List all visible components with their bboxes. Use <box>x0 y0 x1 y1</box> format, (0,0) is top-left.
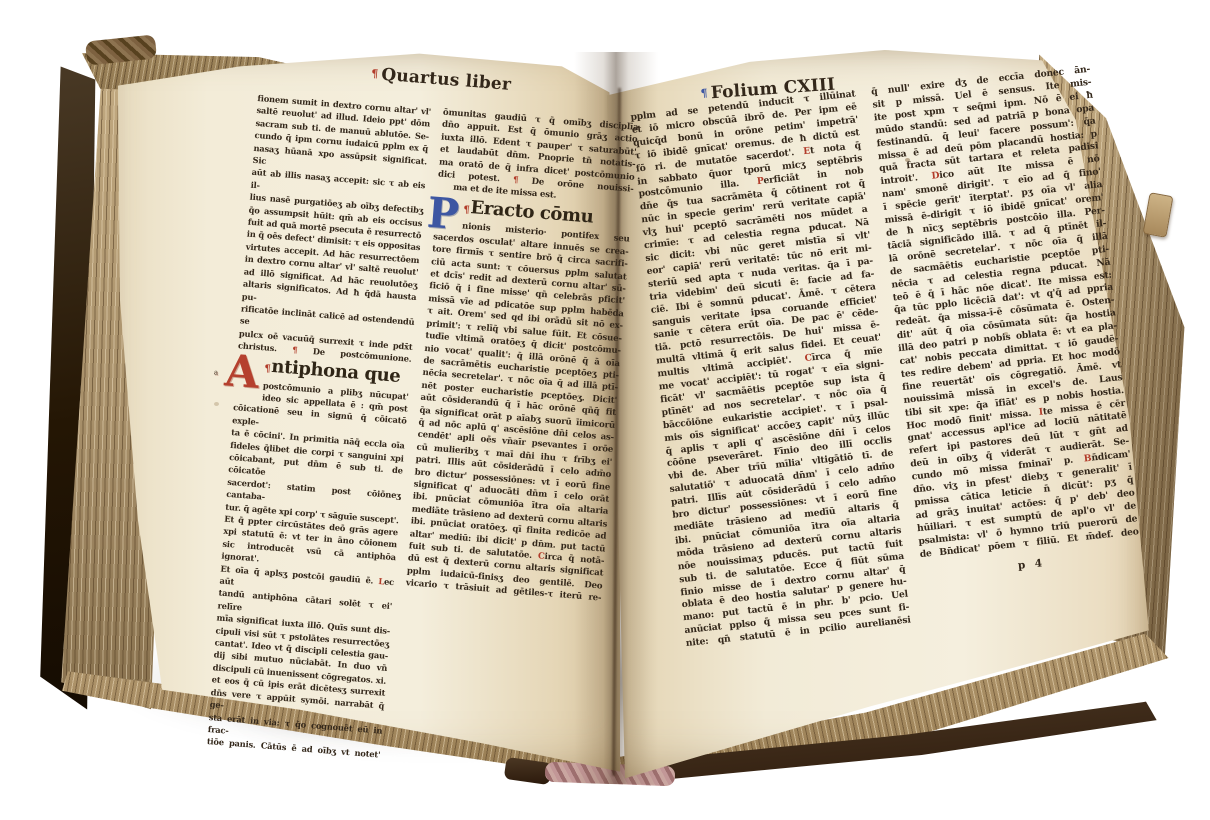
column-lines: fionem sumit in dextro cornu altar' vl's… <box>238 92 432 365</box>
column-lines: sacerdos osculat' altare innuēs se crea-… <box>405 231 629 605</box>
red-paragraph-mark-icon: ¶ <box>463 204 470 215</box>
column-lines: cōicationē seu in signū q̄ cōicatō exple… <box>206 401 407 761</box>
right-page-text: pplm ad se petendū inducit τ illūinatet … <box>630 64 1146 651</box>
left-page-text: fionem sumit in dextro cornu altar' vl's… <box>206 92 638 778</box>
incunable-book-photo: ¶Quartus liber ¶Folium CXIII fionem sumi… <box>0 0 1210 820</box>
lombardic-initial-A: A a <box>219 352 266 391</box>
lombardic-initial-P: P <box>422 194 465 233</box>
blue-pilcrow-icon: ¶ <box>700 86 708 99</box>
red-paragraph-mark-icon: ¶ <box>264 363 271 374</box>
red-pilcrow-icon: ¶ <box>371 67 379 81</box>
foxing-spot <box>214 402 219 406</box>
clasp-remnant <box>1143 192 1174 238</box>
